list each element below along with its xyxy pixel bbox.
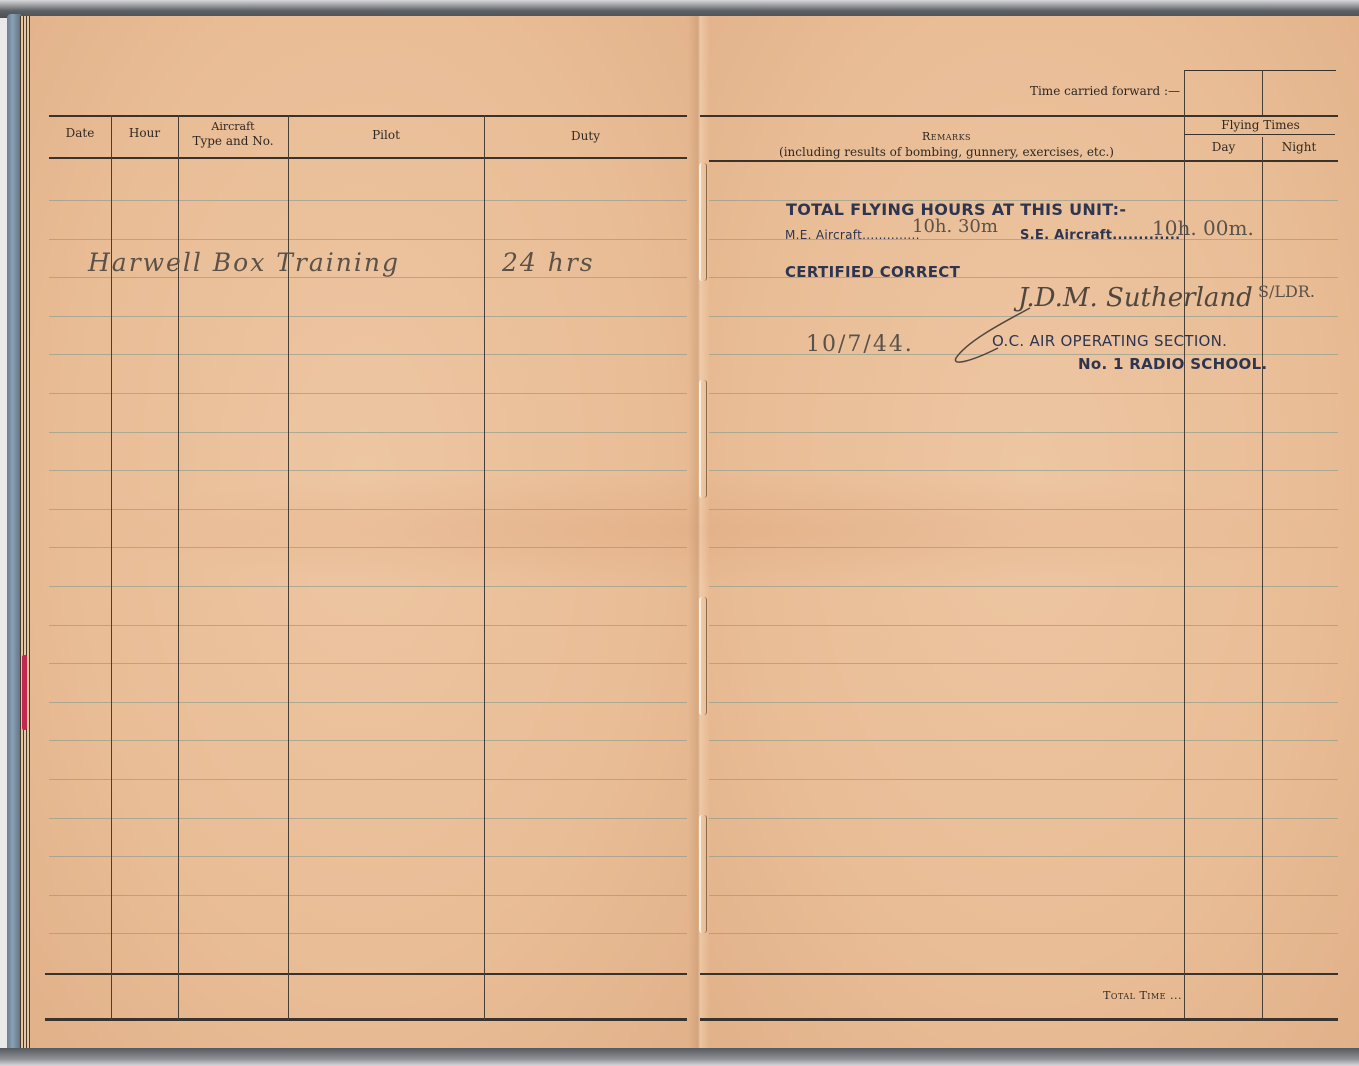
- column-header-hour: Hour: [111, 126, 178, 140]
- ruled-line: [709, 586, 1338, 587]
- column-header-aircraft-line1: Aircraft: [178, 120, 288, 134]
- left-header-top-rule: [49, 115, 687, 117]
- time-carried-forward-label: Time carried forward :—: [980, 84, 1180, 98]
- column-header-pilot: Pilot: [288, 128, 484, 142]
- binding-stitch: [699, 380, 707, 498]
- ruled-line: [49, 354, 687, 355]
- ruled-line: [49, 509, 687, 510]
- right-total-top-rule: [700, 973, 1338, 975]
- ruled-line: [49, 663, 687, 664]
- me-aircraft-value: 10h. 30m: [912, 216, 998, 237]
- entry-hours: 24 hrs: [502, 248, 595, 277]
- stamp-officer-line2: No. 1 RADIO SCHOOL.: [1078, 355, 1267, 373]
- column-header-aircraft-line2: Type and No.: [178, 134, 288, 148]
- ruled-line: [49, 933, 687, 934]
- ruled-line: [709, 856, 1338, 857]
- carried-forward-box-top: [1185, 70, 1336, 71]
- stamp-officer-line1: O.C. AIR OPERATING SECTION.: [992, 332, 1227, 350]
- ruled-line: [709, 702, 1338, 703]
- ruled-line: [49, 200, 687, 201]
- column-header-duty: Duty: [484, 129, 687, 143]
- officer-signature: J.D.M. Sutherland: [1018, 283, 1253, 313]
- ruled-line: [709, 740, 1338, 741]
- right-header-bottom-rule: [709, 160, 1338, 162]
- total-time-label: Total Time ...: [1000, 989, 1182, 1003]
- right-header-top-rule: [700, 115, 1338, 117]
- ruled-line: [49, 239, 687, 240]
- ruled-line: [49, 316, 687, 317]
- left-total-top-rule: [45, 973, 687, 975]
- col-divider-day: [1184, 70, 1185, 1018]
- ruled-line: [49, 470, 687, 471]
- ruled-line: [709, 432, 1338, 433]
- column-header-night: Night: [1262, 140, 1336, 154]
- bottom-shadow: [0, 1048, 1359, 1066]
- column-header-aircraft: Aircraft Type and No.: [178, 120, 288, 148]
- column-header-date: Date: [49, 126, 111, 140]
- ruled-line: [49, 818, 687, 819]
- ruled-line: [49, 547, 687, 548]
- me-aircraft-label: M.E. Aircraft: [785, 228, 862, 242]
- left-header-bottom-rule: [49, 157, 687, 159]
- ruled-line: [709, 393, 1338, 394]
- ruled-line: [49, 856, 687, 857]
- stamp-certified-correct: CERTIFIED CORRECT: [785, 263, 960, 281]
- binding-stitch: [699, 163, 707, 281]
- entry-duty-text: Harwell Box Training: [88, 248, 400, 277]
- ruled-line: [49, 432, 687, 433]
- left-total-bottom-rule: [45, 1018, 687, 1021]
- se-aircraft-value: 10h. 00m.: [1152, 216, 1254, 240]
- ruled-line: [49, 586, 687, 587]
- ruled-line: [49, 393, 687, 394]
- ruled-line: [709, 547, 1338, 548]
- se-aircraft-label: S.E. Aircraft: [1020, 228, 1112, 243]
- col-divider: [484, 115, 485, 1020]
- ruled-line: [709, 625, 1338, 626]
- officer-rank: S/LDR.: [1258, 282, 1315, 301]
- col-divider-night: [1262, 137, 1263, 1018]
- col-divider-night: [1262, 70, 1263, 115]
- binding-stitch: [699, 815, 707, 933]
- bookmark-ribbon: [22, 655, 27, 730]
- ruled-line: [49, 277, 687, 278]
- stamp-me-aircraft-label: M.E. Aircraft..............: [785, 228, 920, 242]
- ruled-line: [49, 740, 687, 741]
- ruled-line: [49, 702, 687, 703]
- certification-date: 10/7/44.: [806, 332, 914, 357]
- ruled-line: [709, 779, 1338, 780]
- binding-stitch: [699, 597, 707, 715]
- ruled-line: [709, 470, 1338, 471]
- ruled-line: [709, 509, 1338, 510]
- right-total-bottom-rule: [700, 1018, 1338, 1021]
- flying-times-rule: [1185, 134, 1335, 135]
- ruled-line: [49, 895, 687, 896]
- column-header-flying-times: Flying Times: [1185, 118, 1336, 132]
- ruled-line: [49, 625, 687, 626]
- book-cover-spine: [7, 14, 21, 1054]
- column-header-remarks: Remarks: [709, 130, 1184, 144]
- ruled-line: [709, 895, 1338, 896]
- column-header-day: Day: [1185, 140, 1262, 154]
- ruled-line: [49, 779, 687, 780]
- ruled-line: [709, 818, 1338, 819]
- ruled-line: [709, 933, 1338, 934]
- column-header-remarks-subtitle: (including results of bombing, gunnery, …: [709, 145, 1184, 159]
- ruled-line: [709, 663, 1338, 664]
